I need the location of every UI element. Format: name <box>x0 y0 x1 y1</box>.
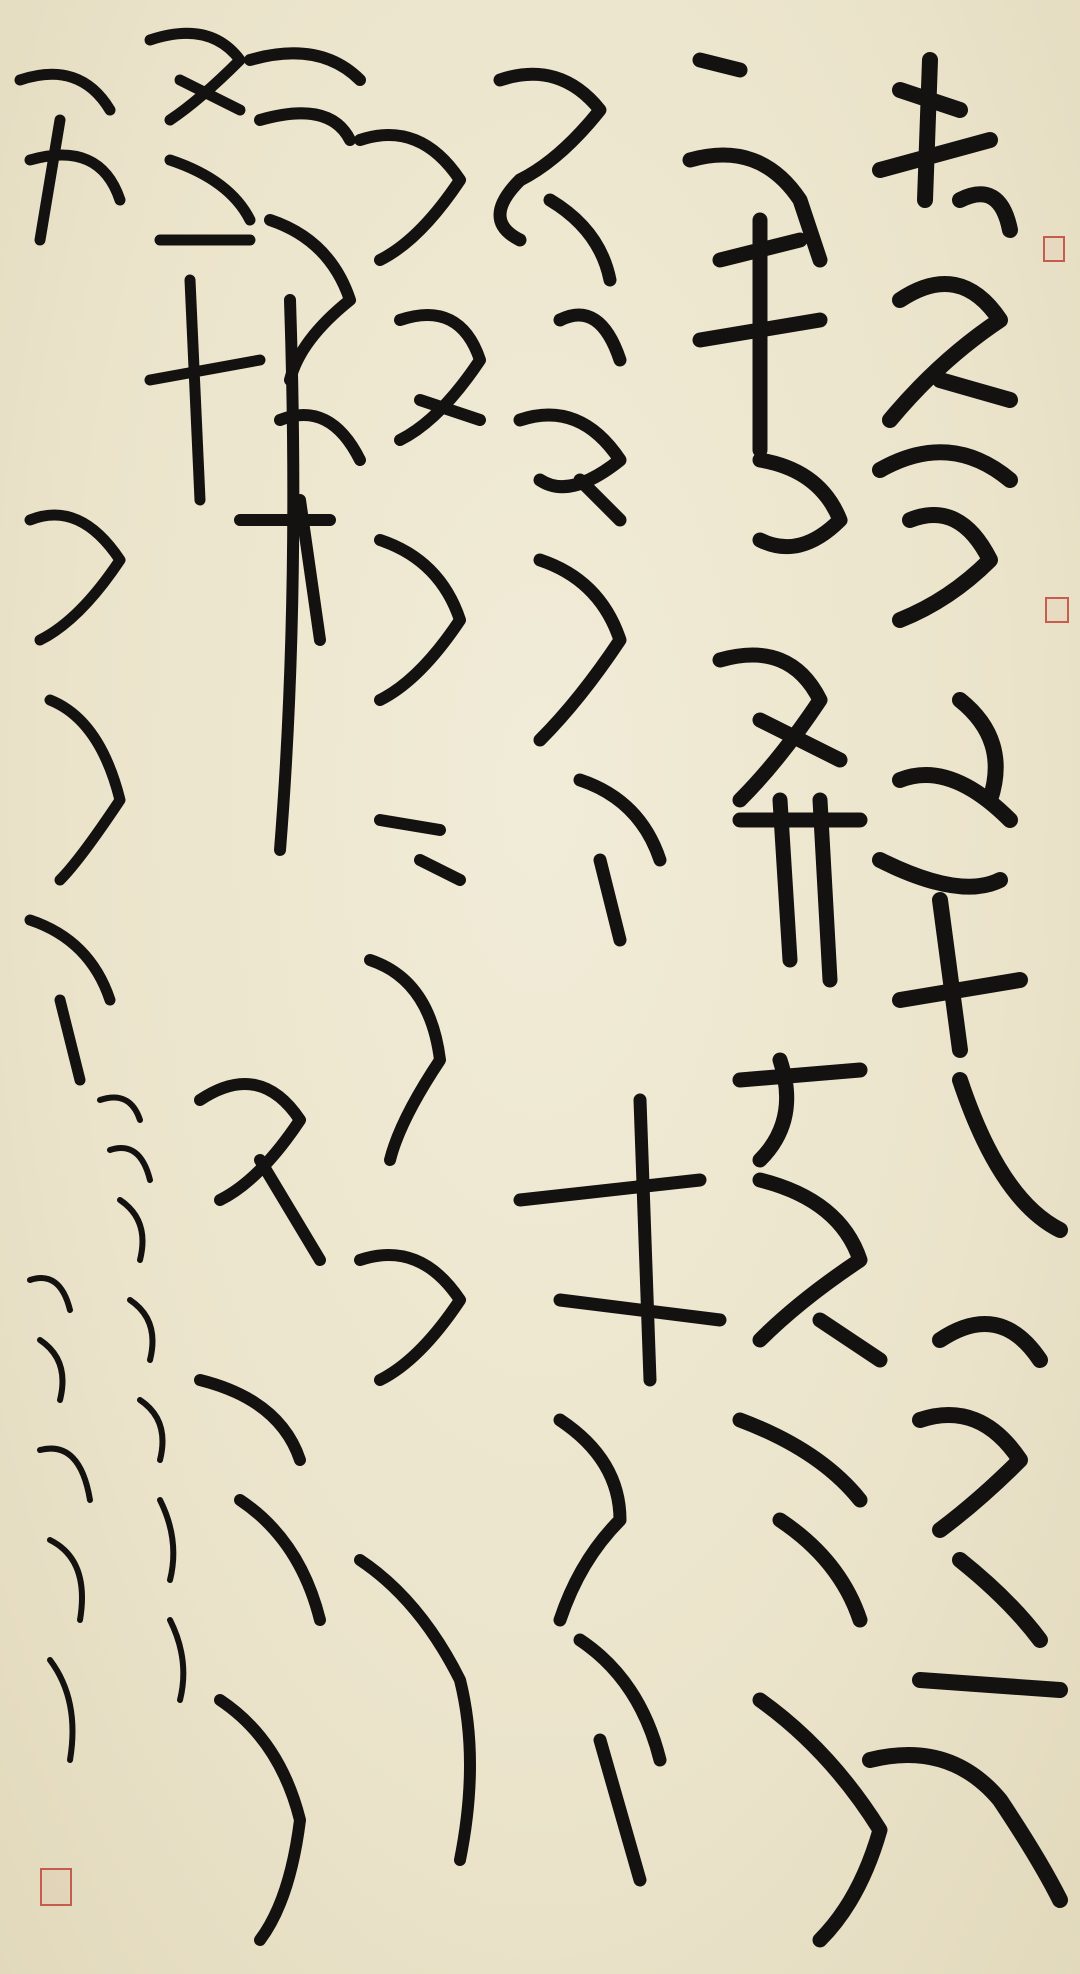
calligraphy-scroll: Chinese cursive calligraphy scroll (kuan… <box>0 0 1080 1974</box>
brush-strokes <box>0 0 1080 1974</box>
seal-right-middle <box>1045 597 1069 623</box>
seal-bottom-left <box>40 1868 72 1906</box>
seal-right-top <box>1043 236 1065 262</box>
